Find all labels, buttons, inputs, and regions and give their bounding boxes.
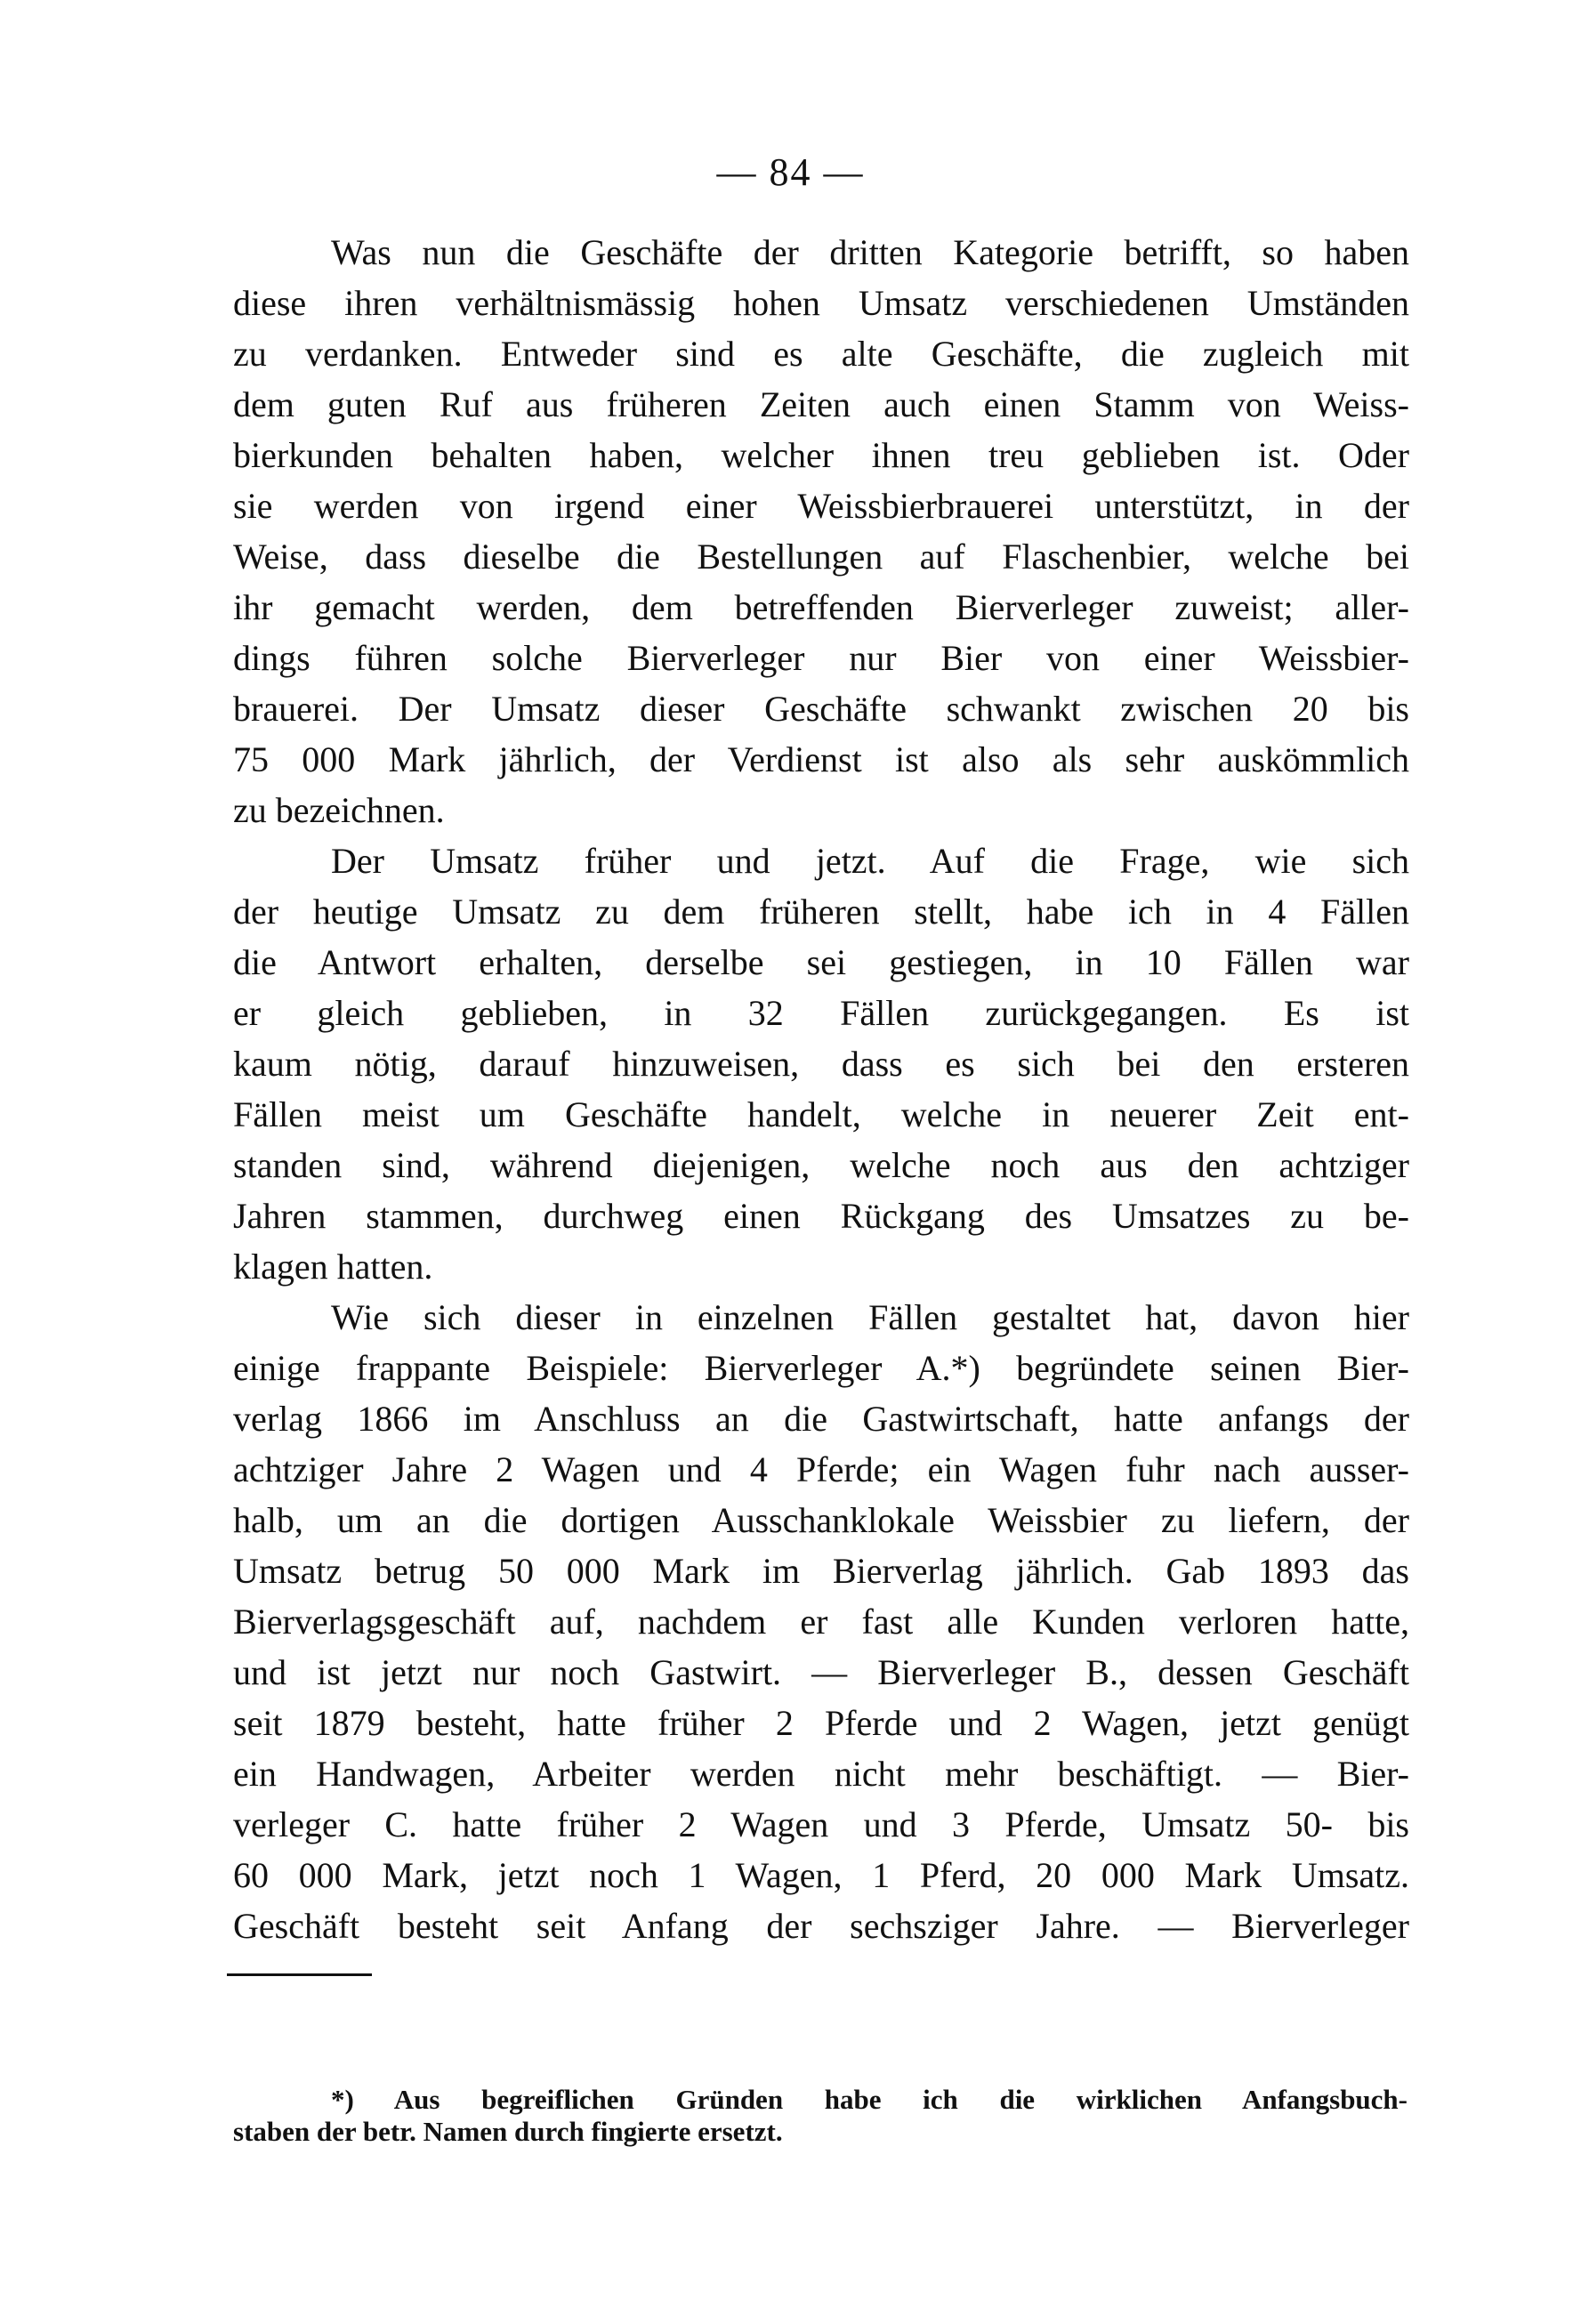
page-number: — 84 — [0,149,1581,195]
text-line: er gleich geblieben, in 32 Fällen zurück… [233,988,1409,1038]
text-line: sie werden von irgend einer Weissbierbra… [233,480,1409,531]
text-line: ihr gemacht werden, dem betreffenden Bie… [233,582,1409,633]
text-line: standen sind, während diejenigen, welche… [233,1140,1409,1190]
text-line: achtziger Jahre 2 Wagen und 4 Pferde; ei… [233,1444,1409,1495]
text-line: verleger C. hatte früher 2 Wagen und 3 P… [233,1799,1409,1850]
text-line: Bierverlagsgeschäft auf, nachdem er fast… [233,1596,1409,1647]
text-line: der heutige Umsatz zu dem früheren stell… [233,886,1409,937]
text-line: einige frappante Beispiele: Bierverleger… [233,1343,1409,1393]
text-line: zu bezeichnen. [233,785,1409,835]
text-line: klagen hatten. [233,1241,1409,1292]
text-line: seit 1879 besteht, hatte früher 2 Pferde… [233,1698,1409,1748]
text-line: Jahren stammen, durchweg einen Rückgang … [233,1190,1409,1241]
text-line: 75 000 Mark jährlich, der Verdienst ist … [233,734,1409,785]
text-line: Fällen meist um Geschäfte handelt, welch… [233,1089,1409,1140]
text-line: 60 000 Mark, jetzt noch 1 Wagen, 1 Pferd… [233,1850,1409,1900]
text-line: Umsatz betrug 50 000 Mark im Bierverlag … [233,1545,1409,1596]
text-line: Weise, dass dieselbe die Bestellungen au… [233,531,1409,582]
text-line: Geschäft besteht seit Anfang der sechszi… [233,1900,1409,1951]
text-line: kaum nötig, darauf hinzuweisen, dass es … [233,1038,1409,1089]
text-line: dings führen solche Bierverleger nur Bie… [233,633,1409,683]
text-line: und ist jetzt nur noch Gastwirt. — Bierv… [233,1647,1409,1698]
footnote-line: *) Aus begreiflichen Gründen habe ich di… [233,2084,1408,2116]
footnote-line: staben der betr. Namen durch fingierte e… [233,2116,1408,2148]
text-line: verlag 1866 im Anschluss an die Gastwirt… [233,1393,1409,1444]
text-line: dem guten Ruf aus früheren Zeiten auch e… [233,379,1409,430]
text-line: halb, um an die dortigen Ausschanklokale… [233,1495,1409,1545]
footnote-divider [227,1973,372,1976]
text-line: zu verdanken. Entweder sind es alte Gesc… [233,328,1409,379]
text-line: Was nun die Geschäfte der dritten Katego… [233,227,1409,278]
text-line: bierkunden behalten haben, welcher ihnen… [233,430,1409,480]
text-line: Der Umsatz früher und jetzt. Auf die Fra… [233,835,1409,886]
text-line: brauerei. Der Umsatz dieser Geschäfte sc… [233,683,1409,734]
footnote: *) Aus begreiflichen Gründen habe ich di… [233,2084,1408,2148]
text-line: die Antwort erhalten, derselbe sei gesti… [233,937,1409,988]
text-line: Wie sich dieser in einzelnen Fällen gest… [233,1292,1409,1343]
text-line: diese ihren verhältnismässig hohen Umsat… [233,278,1409,328]
text-line: ein Handwagen, Arbeiter werden nicht meh… [233,1748,1409,1799]
body-text: Was nun die Geschäfte der dritten Katego… [233,227,1409,1951]
